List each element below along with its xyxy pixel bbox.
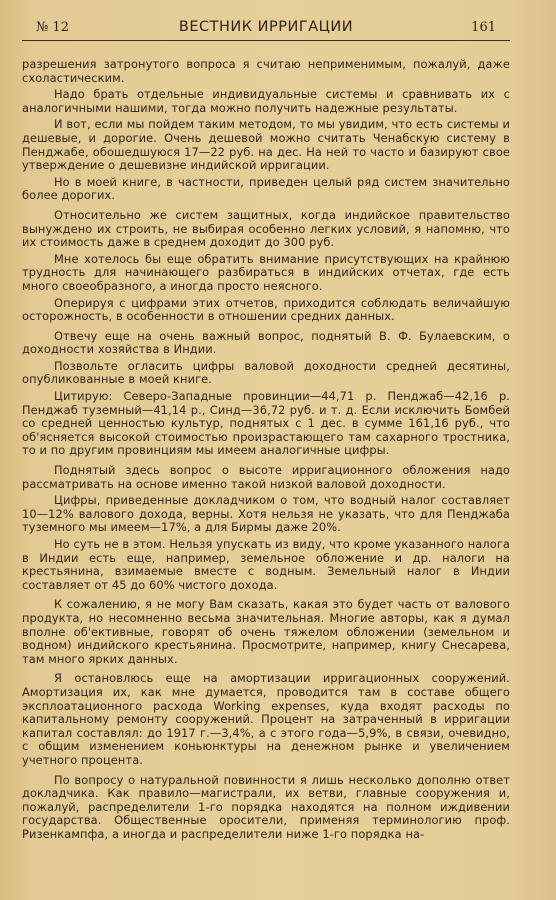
paragraph: Надо брать отдельные индивидуальные сист… [22, 88, 510, 115]
article-body: разрешения затронутого вопроса я считаю … [22, 58, 510, 844]
paragraph: Я остановлюсь еще на амортизации ирригац… [22, 672, 510, 767]
paragraph: Поднятый здесь вопрос о высоте ирригацио… [22, 464, 510, 491]
paragraph: Оперируя с цифрами этих отчетов, приходи… [22, 297, 510, 324]
paragraph: Цитирую: Северо-Западные провинции—44,71… [22, 390, 510, 458]
paragraph: Но суть не в этом. Нельзя упускать из ви… [22, 538, 510, 592]
paragraph: разрешения затронутого вопроса я считаю … [22, 58, 510, 85]
paragraph: По вопросу о натуральной повинности я ли… [22, 774, 510, 842]
paragraph: Позвольте огласить цифры валовой доходно… [22, 360, 510, 387]
running-header: № 12 ВЕСТНИК ИРРИГАЦИИ 161 [22, 16, 510, 41]
paragraph: К сожалению, я не могу Вам сказать, кака… [22, 598, 510, 666]
paragraph: Цифры, приведенные докладчиком о том, чт… [22, 494, 510, 535]
page-number: 161 [471, 20, 496, 35]
paragraph: Относительно же систем защитных, когда и… [22, 209, 510, 250]
paragraph: Отвечу еще на очень важный вопрос, подня… [22, 330, 510, 357]
paragraph: Но в моей книге, в частности, приведен ц… [22, 176, 510, 203]
paragraph: Мне хотелось бы еще обратить внимание пр… [22, 253, 510, 294]
journal-title: ВЕСТНИК ИРРИГАЦИИ [22, 19, 510, 35]
paragraph: И вот, если мы пойдем таким методом, то … [22, 118, 510, 172]
